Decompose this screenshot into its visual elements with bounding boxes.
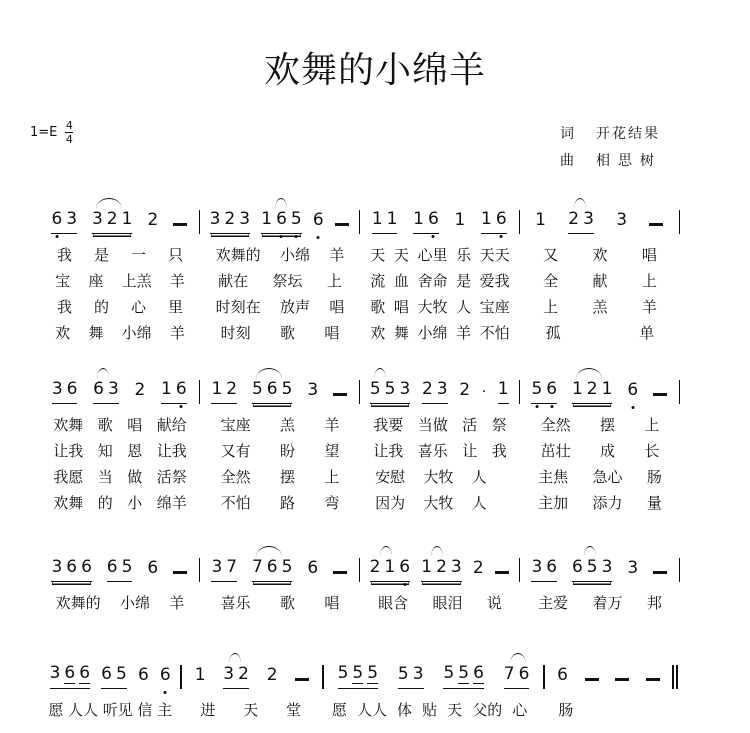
lyric-text: 的 bbox=[94, 294, 109, 320]
song-title: 欢舞的小绵羊 bbox=[0, 42, 750, 93]
lyric-text: 说 bbox=[487, 590, 502, 616]
note: 5 bbox=[338, 663, 349, 684]
lyric-text: 因为 bbox=[375, 490, 405, 516]
lyric-text: 做 bbox=[127, 464, 142, 490]
note: 1 bbox=[387, 209, 398, 229]
lyric-measure: 全然摆上 bbox=[200, 464, 360, 490]
note: 6 bbox=[267, 557, 278, 577]
lyric-text: 大牧 bbox=[423, 464, 453, 490]
lyric-text: 体 bbox=[397, 697, 412, 723]
lyric-text: 又有 bbox=[221, 438, 251, 464]
lyric-text: 主 bbox=[157, 697, 172, 723]
lyric-text: 上 bbox=[644, 412, 659, 438]
lyric-verse-2: 宝座上羔羊 献在祭坛上 流血舍命是爱我 全献上 bbox=[40, 268, 680, 294]
lyric-text: 上 bbox=[327, 268, 342, 294]
note: 5 bbox=[458, 663, 469, 684]
lyric-measure: 茁壮成长 bbox=[520, 438, 680, 464]
lyric-text: 我 bbox=[57, 294, 72, 320]
lyric-measure: 让我知恩让我 bbox=[40, 438, 200, 464]
lyric-text: 天 bbox=[243, 697, 258, 723]
lyric-text: 上 bbox=[543, 294, 558, 320]
note: 3 bbox=[602, 557, 613, 577]
lyric-text: 羊 bbox=[169, 590, 184, 616]
measure: 1 32 2 bbox=[182, 664, 322, 689]
lyric-measure: 因为大牧人 bbox=[360, 490, 520, 516]
beamed-note-group: 765 bbox=[252, 557, 292, 582]
lyric-text: 放声 bbox=[280, 294, 310, 320]
lyric-measure: 又欢唱 bbox=[520, 242, 680, 268]
beamed-note-group: 11 bbox=[372, 209, 398, 234]
lyric-text: 让我 bbox=[373, 438, 403, 464]
beamed-note-group: 323 bbox=[210, 209, 250, 234]
beamed-note-group: 53 bbox=[398, 664, 424, 689]
beamed-note-group: 23 bbox=[422, 379, 448, 404]
lyric-text: 进 bbox=[200, 697, 215, 723]
lyric-text: 唱 bbox=[324, 320, 339, 346]
note: 6 bbox=[313, 210, 324, 230]
beamed-note-group: 63 bbox=[51, 209, 77, 234]
measure: 1 23 3 bbox=[520, 209, 679, 234]
lyric-measure: 主焦急心肠 bbox=[520, 464, 680, 490]
lyric-text: 父的 bbox=[472, 697, 502, 723]
lyric-measure: 欢舞小绵羊 bbox=[40, 320, 200, 346]
lyric-measure: 宝座羔羊 bbox=[200, 412, 360, 438]
lyric-text: 宝 bbox=[55, 268, 70, 294]
notes-row: 366 65 6 37 765 6 216 123 2 36 653 3 bbox=[40, 548, 680, 582]
lyric-text: 安慰 bbox=[375, 464, 405, 490]
lyric-text: 祭坛 bbox=[272, 268, 302, 294]
slur-arc bbox=[510, 653, 526, 664]
lyric-text: 全 bbox=[543, 268, 558, 294]
lyric-measure: 宝座上羔羊 bbox=[40, 268, 200, 294]
lyric-text: 添力 bbox=[592, 490, 622, 516]
credits: 词 开花结果 曲 相思树 bbox=[560, 121, 662, 175]
lyric-measure: 喜乐歌唱 bbox=[200, 590, 360, 616]
lyric-text: 献给 bbox=[157, 412, 187, 438]
lyric-measure: 时刻歌唱 bbox=[200, 320, 360, 346]
sustain-dash bbox=[333, 393, 347, 396]
note: 1 bbox=[161, 379, 172, 399]
lyric-text: 堂 bbox=[286, 697, 301, 723]
note: 5 bbox=[352, 663, 363, 684]
note: 3 bbox=[51, 557, 62, 577]
note: 6 bbox=[267, 379, 278, 399]
beamed-note-group: 123 bbox=[421, 557, 461, 582]
note: 2 bbox=[226, 379, 237, 399]
lyric-text: 里 bbox=[168, 294, 183, 320]
lyric-text: 眼泪 bbox=[432, 590, 462, 616]
note: 5 bbox=[531, 379, 542, 399]
beamed-note-group: 16 bbox=[413, 209, 439, 234]
note: 1 bbox=[498, 379, 509, 399]
measure: 36 63 2 16 bbox=[40, 379, 199, 404]
sustain-dash bbox=[295, 678, 309, 681]
note: 2 bbox=[568, 209, 579, 229]
lyric-text: 欢 bbox=[55, 320, 70, 346]
notes-row: 36 63 2 16 12 565 3 553 23 2· 1 56 121 6 bbox=[40, 370, 680, 404]
beamed-note-group: 65 bbox=[107, 557, 133, 582]
note: 1 bbox=[211, 379, 222, 399]
lyric-measure: 进天堂 bbox=[180, 697, 320, 723]
note: 3 bbox=[451, 557, 462, 577]
note: 3 bbox=[239, 209, 250, 229]
lyric-measure: 歌唱大牧人宝座 bbox=[360, 294, 520, 320]
beamed-note-group: 366 bbox=[51, 557, 91, 582]
lyric-measure: 我的心里 bbox=[40, 294, 200, 320]
beamed-note-group: 36 bbox=[531, 557, 557, 582]
lyric-measure: 我要当做活祭 bbox=[360, 412, 520, 438]
note: 1 bbox=[261, 209, 272, 229]
lyrics: 欢舞的小绵羊 喜乐歌唱 眼含眼泪说 主爱着万邦 bbox=[40, 590, 680, 616]
lyric-text: 小绵 bbox=[120, 590, 150, 616]
lyric-measure: 眼含眼泪说 bbox=[360, 590, 520, 616]
lyric-text: 欢舞的 bbox=[216, 242, 261, 268]
lyric-text: 唱 bbox=[394, 294, 409, 320]
beamed-note-group: 121 bbox=[572, 379, 612, 404]
measure: 11 16 1 16 bbox=[360, 209, 519, 234]
lyric-measure: 欢舞的小绵羊 bbox=[40, 590, 200, 616]
note: 5 bbox=[587, 557, 598, 577]
sustain-dash bbox=[653, 393, 667, 396]
note: 3 bbox=[50, 663, 61, 684]
note: 5 bbox=[367, 663, 378, 684]
note: 3 bbox=[307, 380, 318, 404]
note: 6 bbox=[546, 379, 557, 399]
note: 3 bbox=[413, 664, 424, 684]
measure: 553 23 2· 1 bbox=[360, 379, 519, 404]
lyric-text: 羊 bbox=[329, 242, 344, 268]
note: 3 bbox=[52, 379, 63, 399]
note: 5 bbox=[398, 664, 409, 684]
note: 6 bbox=[546, 557, 557, 577]
lyric-text: 祭 bbox=[492, 412, 507, 438]
lyric-text: 宝座 bbox=[221, 412, 251, 438]
lyric-text: 茁壮 bbox=[541, 438, 571, 464]
note: 2 bbox=[134, 380, 145, 404]
lyric-text: 唱 bbox=[642, 242, 657, 268]
lyric-verse-3: 我的心里 时刻在放声唱 歌唱大牧人宝座 上羔羊 bbox=[40, 294, 680, 320]
slur-arc bbox=[374, 368, 386, 379]
lyric-text: 眼含 bbox=[378, 590, 408, 616]
lyric-measure: 不怕路弯 bbox=[200, 490, 360, 516]
lyric-text: 欢 bbox=[592, 242, 607, 268]
note: 6 bbox=[101, 664, 112, 684]
note: 7 bbox=[504, 664, 515, 684]
note: 6 bbox=[160, 665, 171, 685]
slur-arc bbox=[431, 546, 443, 557]
sustain-dash bbox=[335, 223, 349, 226]
measure: 555 53 556 76 bbox=[324, 663, 544, 689]
lyric-text: 人人 bbox=[68, 697, 98, 723]
beamed-note-group: 36 bbox=[52, 379, 78, 404]
lyric-verse-1: 欢舞歌唱献给 宝座羔羊 我要当做活祭 全然摆上 bbox=[40, 412, 680, 438]
lyric-text: 活 bbox=[462, 412, 477, 438]
note: 3 bbox=[627, 558, 638, 582]
lyric-text: 时刻 bbox=[221, 320, 251, 346]
lyric-text: 人 bbox=[472, 464, 487, 490]
lyric-text: 肠 bbox=[558, 697, 573, 723]
lyrics: 愿人人听见信主 进天堂 愿人人体贴天父的心 肠 bbox=[40, 697, 680, 723]
note: 6 bbox=[147, 558, 158, 582]
lyric-text: 让我 bbox=[157, 438, 187, 464]
lyric-text: 邦 bbox=[647, 590, 662, 616]
lyric-measure: 欢舞的小绵羊 bbox=[200, 242, 360, 268]
lyric-text: 唱 bbox=[329, 294, 344, 320]
lyric-text: 舞 bbox=[88, 320, 103, 346]
slur-arc bbox=[256, 368, 282, 379]
note: 6 bbox=[64, 663, 75, 684]
barline bbox=[679, 380, 681, 404]
lyric-text: 曲 bbox=[560, 148, 574, 175]
barline bbox=[679, 210, 681, 234]
lyric-text: 路 bbox=[280, 490, 295, 516]
lyric-text: 献 bbox=[592, 268, 607, 294]
lyric-text: 血 bbox=[394, 268, 409, 294]
note: 6 bbox=[428, 209, 439, 229]
lyric-text: 摆 bbox=[280, 464, 295, 490]
lyric-text: 弯 bbox=[324, 490, 339, 516]
note: 1 bbox=[122, 209, 133, 229]
lyricist-row: 词 开花结果 bbox=[560, 121, 662, 148]
lyric-text: 盼 bbox=[280, 438, 295, 464]
lyric-text: 天 bbox=[447, 697, 462, 723]
lyric-text: 不怕 bbox=[480, 320, 510, 346]
slur-arc bbox=[256, 546, 282, 557]
lyric-text: 羊 bbox=[456, 320, 471, 346]
note: 6 bbox=[399, 557, 410, 577]
lyric-text: 主爱 bbox=[538, 590, 568, 616]
lyric-text: 全然 bbox=[221, 464, 251, 490]
lyric-measure: 我愿当做活祭 bbox=[40, 464, 200, 490]
lyric-text: 我愿 bbox=[53, 464, 83, 490]
final-barline bbox=[672, 665, 674, 689]
lyric-measure: 肠 bbox=[538, 697, 680, 723]
beamed-note-group: 76 bbox=[504, 664, 530, 689]
note: 1 bbox=[384, 557, 395, 577]
sustain-dash bbox=[173, 223, 187, 226]
lyric-text: 唱 bbox=[324, 590, 339, 616]
note: 2 bbox=[473, 558, 484, 582]
note: 2 bbox=[370, 557, 381, 577]
lyric-text: 小 bbox=[127, 490, 142, 516]
note: 2 bbox=[587, 379, 598, 399]
lyric-measure: 天天心里乐天天 bbox=[360, 242, 520, 268]
lyric-text: 欢舞的 bbox=[56, 590, 101, 616]
note: 7 bbox=[252, 557, 263, 577]
note: 5 bbox=[370, 379, 381, 399]
beamed-note-group: 63 bbox=[93, 379, 119, 404]
lyric-text: 唱 bbox=[127, 412, 142, 438]
note: 3 bbox=[92, 209, 103, 229]
lyric-text: 我 bbox=[492, 438, 507, 464]
lyric-text: 欢 bbox=[370, 320, 385, 346]
note: 3 bbox=[210, 209, 221, 229]
note: 6 bbox=[307, 558, 318, 582]
lyric-text: 愿 bbox=[48, 697, 63, 723]
note: 5 bbox=[116, 664, 127, 684]
lyric-text: 小绵 bbox=[280, 242, 310, 268]
score-system-3: 366 65 6 37 765 6 216 123 2 36 653 3 欢舞的… bbox=[40, 548, 680, 616]
lyric-text: 4 bbox=[66, 134, 73, 145]
lyric-text: 乐 bbox=[456, 242, 471, 268]
lyric-text: 量 bbox=[647, 490, 662, 516]
lyric-text: 献在 bbox=[218, 268, 248, 294]
lyric-text: 是 bbox=[94, 242, 109, 268]
note: 6 bbox=[81, 557, 92, 577]
measure: 37 765 6 bbox=[200, 557, 359, 582]
lyric-text: 舞 bbox=[394, 320, 409, 346]
lyric-text: 天 bbox=[394, 242, 409, 268]
lyric-text: 信 bbox=[137, 697, 152, 723]
measure: 12 565 3 bbox=[200, 379, 359, 404]
note: 1 bbox=[421, 557, 432, 577]
note: 2 bbox=[436, 557, 447, 577]
sustain-dash bbox=[333, 571, 347, 574]
lyric-measure: 上羔羊 bbox=[520, 294, 680, 320]
lyric-text: 天天 bbox=[480, 242, 510, 268]
lyric-text: 当 bbox=[98, 464, 113, 490]
lyric-text: 心 bbox=[131, 294, 146, 320]
measure: 36 653 3 bbox=[520, 557, 679, 582]
slur-arc bbox=[275, 198, 287, 209]
note: 2 bbox=[459, 380, 470, 404]
lyric-text: 人 bbox=[456, 294, 471, 320]
lyrics: 欢舞歌唱献给 宝座羔羊 我要当做活祭 全然摆上 让我知恩让我 又有盼望 让我喜乐… bbox=[40, 412, 680, 516]
lyric-text: 听见 bbox=[103, 697, 133, 723]
lyricist: 开花结果 bbox=[596, 121, 660, 148]
beamed-note-group: 56 bbox=[531, 379, 557, 404]
lyric-text: 天 bbox=[370, 242, 385, 268]
notes-row: 63 321 2 323 165 6 11 16 1 16 1 23 3 bbox=[40, 200, 680, 234]
lyric-text: 上 bbox=[324, 464, 339, 490]
lyric-text: 羊 bbox=[642, 294, 657, 320]
beamed-note-group: 32 bbox=[223, 664, 249, 689]
lyric-text: 流 bbox=[370, 268, 385, 294]
lyric-text: 不怕 bbox=[221, 490, 251, 516]
lyric-measure: 献在祭坛上 bbox=[200, 268, 360, 294]
lyrics: 我是一只 欢舞的小绵羊 天天心里乐天天 又欢唱 宝座上羔羊 献在祭坛上 流血舍命… bbox=[40, 242, 680, 346]
lyric-measure: 让我喜乐让我 bbox=[360, 438, 520, 464]
note: 6 bbox=[138, 665, 149, 689]
lyric-verse-1: 我是一只 欢舞的小绵羊 天天心里乐天天 又欢唱 bbox=[40, 242, 680, 268]
slur-arc bbox=[584, 546, 596, 557]
note: 1 bbox=[454, 210, 465, 234]
beamed-note-group: 1 bbox=[498, 379, 509, 404]
note: 6 bbox=[572, 557, 583, 577]
lyric-measure: 我是一只 bbox=[40, 242, 200, 268]
beamed-note-group: 556 bbox=[443, 663, 483, 689]
note: 6 bbox=[79, 663, 90, 684]
beamed-note-group: 565 bbox=[252, 379, 292, 404]
lyric-text: 主焦 bbox=[538, 464, 568, 490]
lyric-text: 欢舞 bbox=[53, 412, 83, 438]
lyric-measure: 又有盼望 bbox=[200, 438, 360, 464]
sustain-dash bbox=[495, 571, 509, 574]
note: 3 bbox=[223, 664, 234, 684]
note: 6 bbox=[107, 557, 118, 577]
lyric-verse-4: 欢舞小绵羊 时刻歌唱 欢舞小绵羊不怕 孤单 bbox=[40, 320, 680, 346]
lyric-text: 舍命 bbox=[417, 268, 447, 294]
beamed-note-group: 216 bbox=[370, 557, 410, 582]
note: 6 bbox=[276, 209, 287, 229]
sustain-dash bbox=[585, 678, 599, 681]
note: 6 bbox=[66, 557, 77, 577]
lyric-measure: 欢舞的小绵羊 bbox=[40, 490, 200, 516]
beamed-note-group: 16 bbox=[161, 379, 187, 404]
sustain-dash bbox=[615, 678, 629, 681]
lyric-text: 又 bbox=[543, 242, 558, 268]
lyric-text: 喜乐 bbox=[418, 438, 448, 464]
note: 6 bbox=[176, 379, 187, 399]
note: 2 bbox=[422, 379, 433, 399]
note: 6 bbox=[519, 664, 530, 684]
lyric-text: 孤 bbox=[546, 320, 561, 346]
note: 1 bbox=[413, 209, 424, 229]
notes-row: 366 65 6 6 1 32 2 555 53 556 76 6 bbox=[40, 655, 680, 689]
beamed-note-group: 553 bbox=[370, 379, 410, 404]
note: 5 bbox=[385, 379, 396, 399]
note: 6 bbox=[473, 663, 484, 684]
composer: 相思树 bbox=[596, 148, 662, 175]
sustain-dash bbox=[653, 571, 667, 574]
note: 5 bbox=[282, 379, 293, 399]
lyric-text: 上 bbox=[642, 268, 657, 294]
slur-arc bbox=[380, 546, 392, 557]
lyric-text: 心 bbox=[512, 697, 527, 723]
lyric-text: 贴 bbox=[422, 697, 437, 723]
note: 1 bbox=[481, 209, 492, 229]
note: 5 bbox=[252, 379, 263, 399]
note: 1 bbox=[372, 209, 383, 229]
measure: 366 65 6 6 bbox=[40, 663, 180, 689]
key-signature: 1=E 4 4 bbox=[30, 120, 73, 145]
sustain-dash bbox=[649, 223, 663, 226]
note: 3 bbox=[583, 209, 594, 229]
sustain-dash bbox=[173, 571, 187, 574]
measure: 63 321 2 bbox=[40, 209, 199, 234]
lyric-measure: 时刻在放声唱 bbox=[200, 294, 360, 320]
lyric-text: 我 bbox=[57, 242, 72, 268]
lyric-verse-3: 我愿当做活祭 全然摆上 安慰大牧人 主焦急心肠 bbox=[40, 464, 680, 490]
note: 2 bbox=[224, 209, 235, 229]
key-label: 1=E bbox=[30, 125, 57, 140]
lyric-text: 只 bbox=[168, 242, 183, 268]
lyric-text: 大牧 bbox=[423, 490, 453, 516]
slur-arc bbox=[576, 368, 602, 379]
slur-arc bbox=[96, 198, 122, 209]
beamed-note-group: 23 bbox=[568, 209, 594, 234]
lyric-text: 让我 bbox=[53, 438, 83, 464]
lyric-text: 成 bbox=[600, 438, 615, 464]
barline bbox=[679, 558, 681, 582]
lyric-text: 时刻在 bbox=[216, 294, 261, 320]
score-system-4: 366 65 6 6 1 32 2 555 53 556 76 6 愿人人听见信… bbox=[40, 655, 680, 723]
note: 5 bbox=[443, 663, 454, 684]
note: 6 bbox=[627, 380, 638, 400]
slur-arc bbox=[574, 198, 586, 209]
time-signature: 4 4 bbox=[65, 120, 73, 145]
lyric-measure: 愿人人听见信主 bbox=[40, 697, 180, 723]
note: 1 bbox=[572, 379, 583, 399]
lyric-text: 上羔 bbox=[122, 268, 152, 294]
lyric-measure: 孤单 bbox=[520, 320, 680, 346]
note: 2 bbox=[238, 664, 249, 684]
note: 2 bbox=[147, 210, 158, 234]
note: 3 bbox=[531, 557, 542, 577]
lyric-verse-1: 欢舞的小绵羊 喜乐歌唱 眼含眼泪说 主爱着万邦 bbox=[40, 590, 680, 616]
score-system-1: 63 321 2 323 165 6 11 16 1 16 1 23 3 我是一… bbox=[40, 200, 680, 346]
lyric-text: 一 bbox=[131, 242, 146, 268]
